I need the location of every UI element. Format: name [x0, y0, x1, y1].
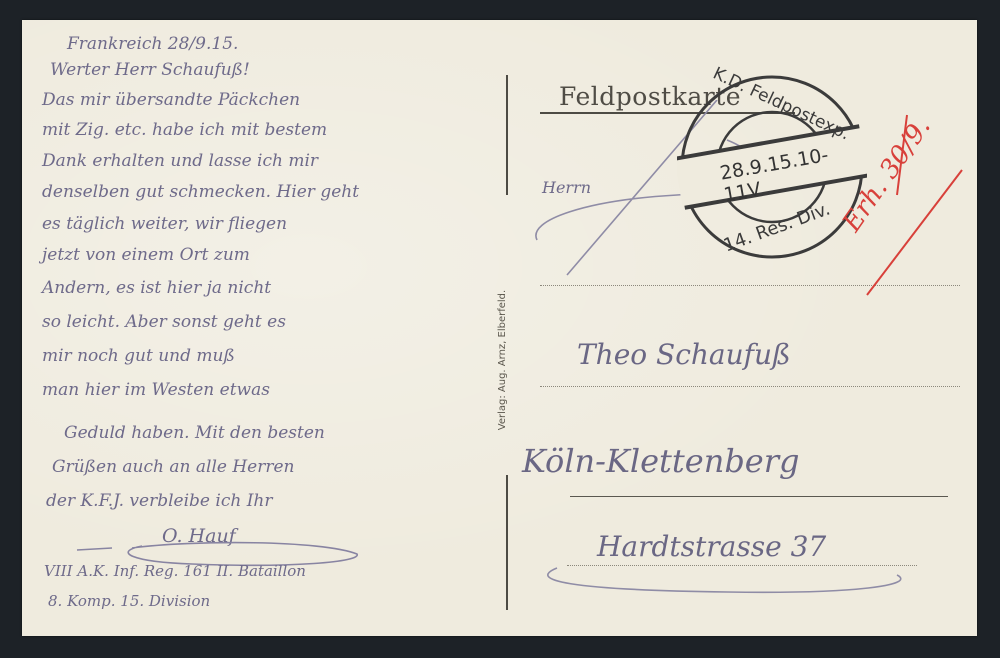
publisher-imprint: Verlag: Aug. Arnz, Elberfeld. [497, 240, 508, 480]
letter-line: mit Zig. etc. habe ich mit bestem [42, 120, 327, 140]
letter-line: man hier im Westen etwas [42, 380, 270, 400]
letter-line: Frankreich 28/9.15. [67, 34, 238, 54]
letter-line: Werter Herr Schaufuß! [50, 60, 250, 80]
letter-line: mir noch gut und muß [42, 346, 235, 366]
letter-line: denselben gut schmecken. Hier geht [42, 182, 359, 202]
postmark: K.D. Feldpostexp. 28.9.15.10-11V 14. Res… [677, 72, 867, 262]
address-line-3 [570, 496, 948, 497]
letter-line: Das mir übersandte Päckchen [42, 90, 300, 110]
sender-address-line: VIII A.K. Inf. Reg. 161 II. Bataillon [44, 562, 306, 580]
street-underline-flourish [527, 560, 917, 600]
letter-line: es täglich weiter, wir fliegen [42, 214, 287, 234]
postcard: Frankreich 28/9.15. Werter Herr Schaufuß… [22, 20, 977, 636]
recipient-name: Theo Schaufuß [577, 338, 791, 371]
recipient-street: Hardtstrasse 37 [597, 530, 826, 563]
letter-line: Dank erhalten und lasse ich mir [42, 151, 318, 171]
letter-line: jetzt von einem Ort zum [42, 245, 250, 265]
letter-line: der K.F.J. verbleibe ich Ihr [46, 491, 273, 511]
letter-line: Geduld haben. Mit den besten [64, 423, 325, 443]
center-divider-top [506, 75, 508, 195]
address-line-2 [540, 386, 960, 387]
letter-line: so leicht. Aber sonst geht es [42, 312, 286, 332]
letter-line: Grüßen auch an alle Herren [52, 457, 295, 477]
salutation: Herrn [542, 178, 591, 197]
receipt-strike-lines [852, 110, 972, 300]
center-divider-bottom [506, 475, 508, 610]
sender-address-line: 8. Komp. 15. Division [48, 592, 210, 610]
letter-line: Andern, es ist hier ja nicht [42, 278, 271, 298]
recipient-city: Köln-Klettenberg [522, 442, 800, 480]
